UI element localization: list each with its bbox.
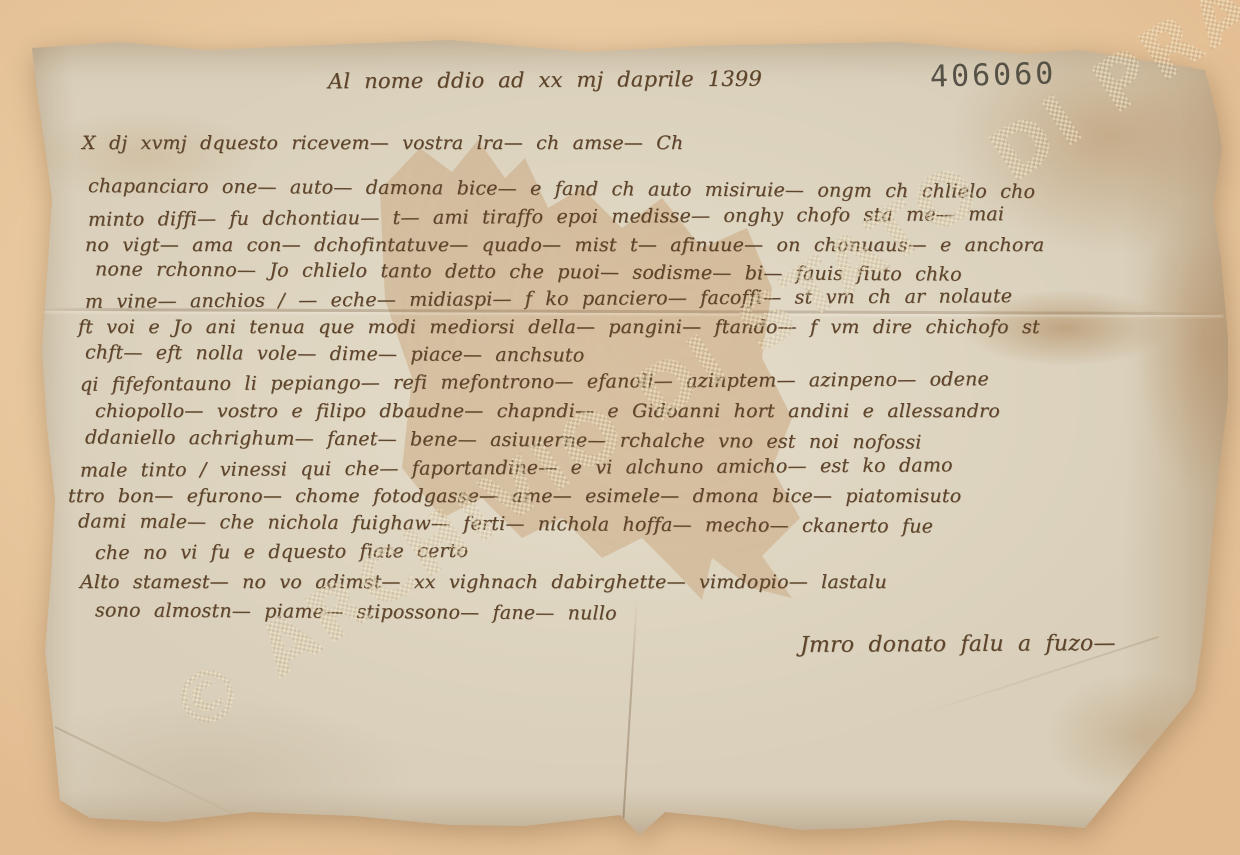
paper-shadow-wrap: Al nome ddio ad xx mj daprile 1399X dj x… [0,0,1240,855]
manuscript-line-body-12: male tinto / vinessi qui che— faportandi… [80,454,953,481]
handwriting-layer: Al nome ddio ad xx mj daprile 1399X dj x… [25,36,1232,838]
manuscript-line-body-4: no vigt— ama con— dchofintatuve— quado— … [85,234,1044,256]
manuscript-line-date-0: Al nome ddio ad xx mj daprile 1399 [328,67,762,94]
manuscript-line-body-1: X dj xvmj dquesto ricevem— vostra lra— c… [82,132,683,154]
manuscript-line-body-6: m vine— anchios / — eche— midiaspi— f ko… [85,285,1012,313]
manuscript-line-body-7: ft voi e Jo ani tenua que modi mediorsi … [78,316,1040,338]
manuscript-line-body-14: dami male— che nichola fuighaw— ferti— n… [78,510,933,537]
manuscript-line-body-16: Alto stamest— no vo adimst— xx vighnach … [80,571,887,593]
manuscript-line-body-17: sono almostn— piame— stipossono— fane— n… [95,599,617,624]
archive-number-stamp: 406060 [930,56,1057,94]
manuscript-line-body-8: chft— eft nolla vole— dime— piace— anchs… [85,341,585,366]
manuscript-line-body-2: chapanciaro one— auto— damona bice— e fa… [88,175,1035,203]
manuscript-line-body-9: qi fifefontauno li pepiango— refi mefont… [80,368,989,396]
manuscript-line-body-13: ttro bon— efurono— chome fotodgasse— ame… [68,485,961,507]
manuscript-line-body-5: none rchonno— Jo chlielo tanto detto che… [95,258,962,285]
manuscript-line-body-15: che no vi fu e dquesto fiate certo [95,540,468,564]
manuscript-line-body-10: chiopollo— vostro e filipo dbaudne— chap… [95,400,1000,422]
scanned-letter-photo: Al nome ddio ad xx mj daprile 1399X dj x… [0,0,1240,855]
manuscript-line-body-11: ddaniello achrighum— fanet— bene— asiuue… [85,426,922,453]
manuscript-paper: Al nome ddio ad xx mj daprile 1399X dj x… [25,36,1232,838]
manuscript-line-signature-18: Jmro donato falu a fuzo— [800,631,1116,658]
manuscript-line-body-3: minto diffi— fu dchontiau— t— ami tiraff… [88,203,1004,231]
